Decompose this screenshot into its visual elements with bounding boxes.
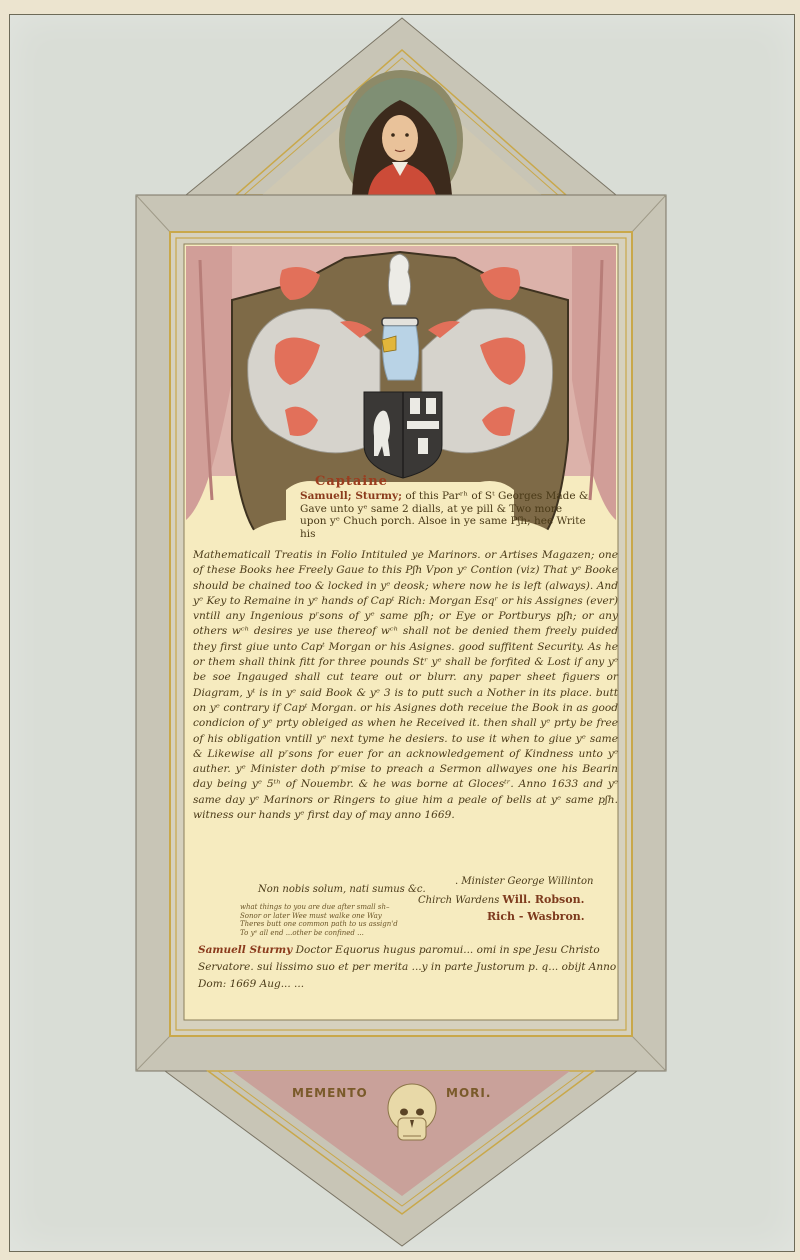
memento-label: MEMENTO: [292, 1086, 368, 1100]
warden-2: Rich - Wasbron.: [487, 910, 585, 923]
verse-line: what things to you are due after small s…: [240, 903, 480, 912]
verse: what things to you are due after small s…: [240, 903, 480, 937]
shield: [364, 392, 442, 478]
warden-1: Will. Robson.: [503, 893, 585, 906]
inscription-intro: Samuell; Sturmy; of this Parʳʰ of Sᵗ Geo…: [300, 490, 590, 540]
minister-signature: . Minister George Willinton: [455, 876, 593, 887]
latin-epitaph: Samuell Sturmy Doctor Equorus hugus paro…: [198, 942, 618, 993]
motto: Non nobis solum, nati sumus &c.: [258, 884, 426, 895]
portrait: [339, 70, 463, 210]
verse-line: Theres butt one common path to us assign…: [240, 920, 480, 929]
epitaph-name: Samuell Sturmy: [198, 944, 292, 956]
mori-label: MORI.: [446, 1086, 491, 1100]
inscription-title: Captaine: [315, 474, 388, 489]
verse-line: To yᵉ all end ...other be confined ...: [240, 929, 480, 938]
captain-name: Samuell; Sturmy;: [300, 490, 402, 502]
verse-line: Sonor or later Wee must walke one Way: [240, 912, 480, 921]
inscription-body: Mathematicall Treatis in Folio Intituled…: [193, 548, 618, 823]
